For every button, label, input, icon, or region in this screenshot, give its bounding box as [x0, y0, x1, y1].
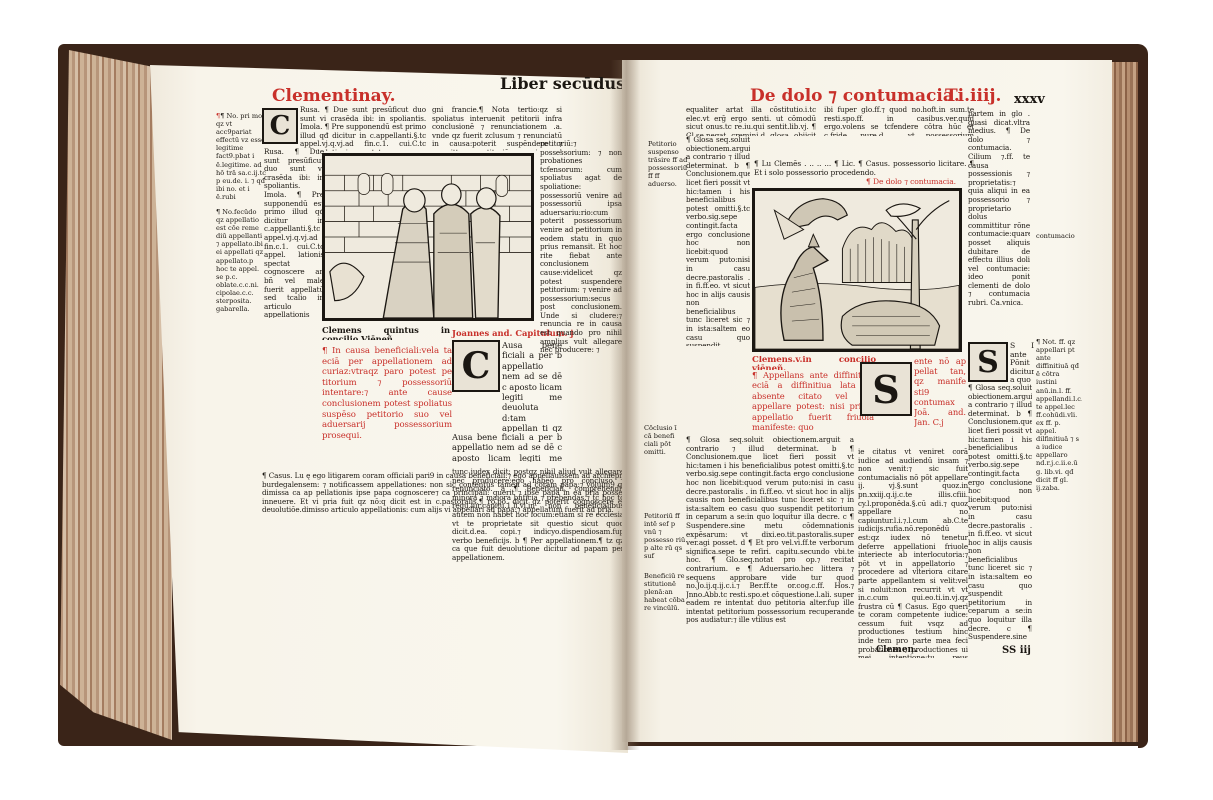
gutter-note-2: Cōclusio ī cā benefi ciali pōt omitti. [644, 424, 684, 454]
right-col4-top: partem in glo . quasi dicat.vltra medius… [968, 110, 1030, 342]
right-col2-top: ibi fuper glo.ff.⁊ quod no.hoft.in sum.t… [824, 106, 974, 136]
margin-cue: contumacio [1036, 232, 1076, 242]
title-number: Ti.iiij. [945, 86, 1001, 106]
right-heading-clemens: Clemens.v.in concilio viēneñ. [752, 356, 876, 370]
right-constitution-rubric: ¶ Appellans ante diffinitiuā eciā a diff… [752, 370, 874, 436]
woodcut-fox-fable [752, 188, 962, 352]
decorated-initial-c2: C [452, 340, 500, 392]
right-outer-gloss: ¶ Not. ff. qz appellari pt ante diffinit… [1036, 338, 1082, 614]
folio-number: xxxv [1014, 92, 1045, 107]
woodcut-three-figures [322, 153, 534, 321]
left-heading-clemens: Clemens quintus in concilio Viēneñ. [322, 326, 450, 340]
left-constitution-rubric: ¶ In causa beneficiali:vela ta eciā per … [322, 346, 452, 468]
gutter-note-1: Petitorio suspenso trāsire ff ad possess… [648, 140, 690, 190]
running-head-title: De dolo ⁊ contumacia. [750, 86, 960, 106]
right-cover-edge [1138, 58, 1148, 748]
margin-gloss-1: ¶¶ No. pri mo qz vt acc9pariat effectū v… [216, 112, 266, 212]
open-book: Clementinay. Liber secūdus ¶¶ No. pri mo… [0, 0, 1213, 800]
gutter-note-4: Beneficiū re stitutionē plenā:an habeat … [644, 572, 686, 612]
decorated-initial-s2: S [968, 342, 1008, 382]
decorated-initial-s: S [860, 362, 912, 416]
right-constitution-text: ente nō ap pellat tan, qz manife sti9 co… [914, 356, 966, 446]
right-col1-side: ¶ Glosa seq.soluit obiectionem.arguit a … [686, 136, 750, 346]
left-col1-side: Rusa. ¶ Due sunt presūficut duo sunt vi … [264, 148, 324, 318]
signature-mark: SS iij [1002, 645, 1031, 656]
gutter-note-3: Petitoriū ff intē sef p vnū ⁊ possesso r… [644, 512, 686, 562]
left-col1-top: Rusa. ¶ Due sunt presūficut duo sunt vi … [300, 106, 426, 151]
right-col1-lower: ¶ Glosa seq.soluit obiectionem.arguit a … [686, 436, 854, 666]
right-col4-lower: ¶ Glosa seq.soluit obiectionem.arguit a … [968, 384, 1032, 642]
decorated-initial-c: C [262, 108, 298, 144]
right-col1-top: equaliter artat illa cōstitutio.i.tc ele… [686, 106, 816, 136]
running-head-left: Clementinay. [272, 86, 396, 106]
right-col2-lower: ie citatus vt veniret corā iudice ad aud… [858, 448, 968, 658]
left-col2-lower: tunc iudex dicit: postqz nihil aliud vul… [452, 468, 624, 648]
gutter-shadow [610, 60, 640, 750]
margin-gloss-2: ¶ No.fecūdo qz appellatio est cōe reme d… [216, 208, 266, 378]
running-head-book: Liber secūdus [500, 74, 625, 93]
catchword: Clemen. [876, 645, 917, 655]
